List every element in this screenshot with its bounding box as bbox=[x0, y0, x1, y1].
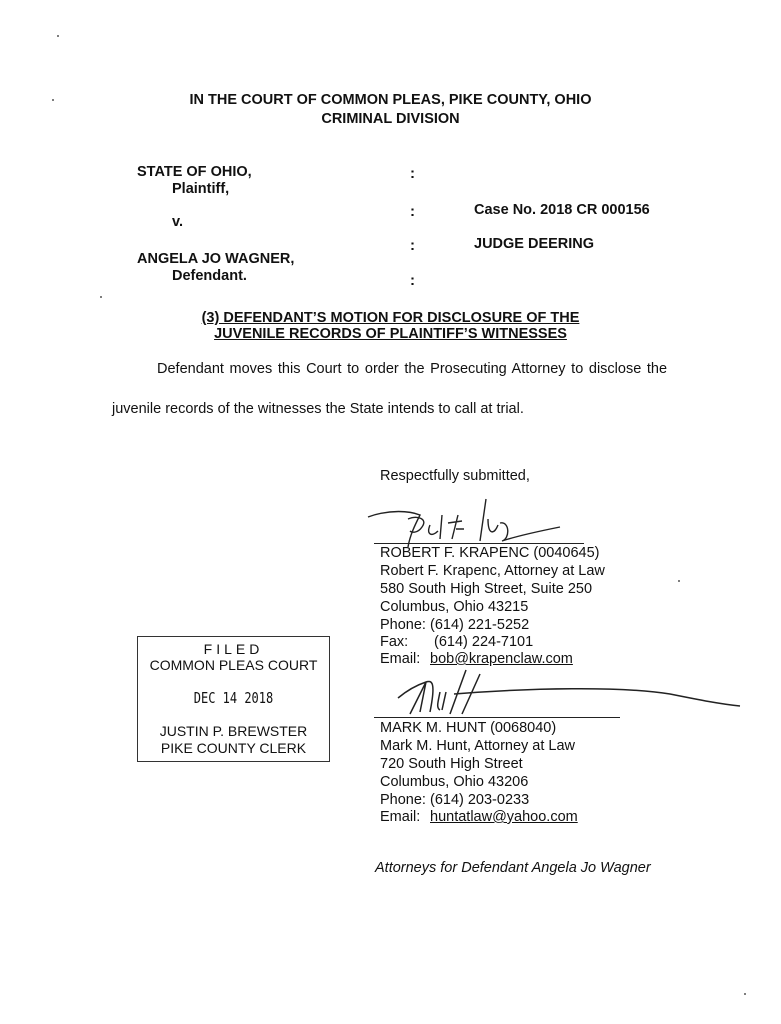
plaintiff-name: STATE OF OHIO, bbox=[137, 164, 252, 180]
caption-colon: : bbox=[410, 203, 415, 220]
attorney1-email-link[interactable]: bob@krapenclaw.com bbox=[430, 650, 573, 669]
signature-hunt bbox=[370, 668, 780, 723]
attorney1-phone: Phone: (614) 221-5252 bbox=[380, 616, 529, 635]
caption-colon: : bbox=[410, 237, 415, 254]
caption-colon: : bbox=[410, 165, 415, 182]
closing: Respectfully submitted, bbox=[380, 468, 530, 484]
stamp-clerk-name: JUSTIN P. BREWSTER bbox=[138, 723, 329, 739]
attorneys-for-defendant: Attorneys for Defendant Angela Jo Wagner bbox=[375, 860, 651, 876]
judge-name: JUDGE DEERING bbox=[474, 236, 594, 252]
body-paragraph-line2: juvenile records of the witnesses the St… bbox=[112, 401, 524, 417]
attorney1-name: ROBERT F. KRAPENC (0040645) bbox=[380, 544, 599, 563]
attorney1-address1: 580 South High Street, Suite 250 bbox=[380, 580, 592, 599]
attorney1-fax-label: Fax: bbox=[380, 633, 408, 652]
scan-speck bbox=[678, 580, 680, 582]
motion-title-line1: (3) DEFENDANT’S MOTION FOR DISCLOSURE OF… bbox=[0, 310, 781, 326]
versus: v. bbox=[172, 214, 183, 230]
attorney2-email-label: Email: bbox=[380, 808, 420, 827]
attorney2-firm: Mark M. Hunt, Attorney at Law bbox=[380, 737, 575, 756]
case-number: Case No. 2018 CR 000156 bbox=[474, 202, 650, 218]
caption-colon: : bbox=[410, 272, 415, 289]
attorney1-fax: (614) 224-7101 bbox=[434, 633, 533, 652]
defendant-name: ANGELA JO WAGNER, bbox=[137, 251, 294, 267]
scan-speck bbox=[100, 296, 102, 298]
attorney2-address2: Columbus, Ohio 43206 bbox=[380, 773, 528, 792]
attorney2-address1: 720 South High Street bbox=[380, 755, 523, 774]
scan-speck bbox=[52, 99, 54, 101]
filed-stamp: FILED COMMON PLEAS COURT DEC 14 2018 JUS… bbox=[137, 636, 330, 762]
stamp-clerk-title: PIKE COUNTY CLERK bbox=[138, 740, 329, 756]
plaintiff-role: Plaintiff, bbox=[172, 181, 229, 197]
court-heading: IN THE COURT OF COMMON PLEAS, PIKE COUNT… bbox=[0, 92, 781, 108]
scan-speck bbox=[744, 993, 746, 995]
motion-title-line2: JUVENILE RECORDS OF PLAINTIFF’S WITNESSE… bbox=[0, 326, 781, 342]
attorney2-email-link[interactable]: huntatlaw@yahoo.com bbox=[430, 808, 578, 827]
signature-line bbox=[374, 717, 620, 718]
defendant-role: Defendant. bbox=[172, 268, 247, 284]
stamp-filed: FILED bbox=[138, 641, 329, 657]
attorney1-email-label: Email: bbox=[380, 650, 420, 669]
stamp-court: COMMON PLEAS COURT bbox=[138, 657, 329, 673]
attorney2-phone: Phone: (614) 203-0233 bbox=[380, 791, 529, 810]
attorney2-name: MARK M. HUNT (0068040) bbox=[380, 719, 556, 738]
scan-speck bbox=[57, 35, 59, 37]
body-paragraph-line1: Defendant moves this Court to order the … bbox=[157, 361, 667, 377]
attorney1-address2: Columbus, Ohio 43215 bbox=[380, 598, 528, 617]
attorney1-firm: Robert F. Krapenc, Attorney at Law bbox=[380, 562, 605, 581]
stamp-date: DEC 14 2018 bbox=[157, 689, 310, 707]
division-heading: CRIMINAL DIVISION bbox=[0, 111, 781, 127]
